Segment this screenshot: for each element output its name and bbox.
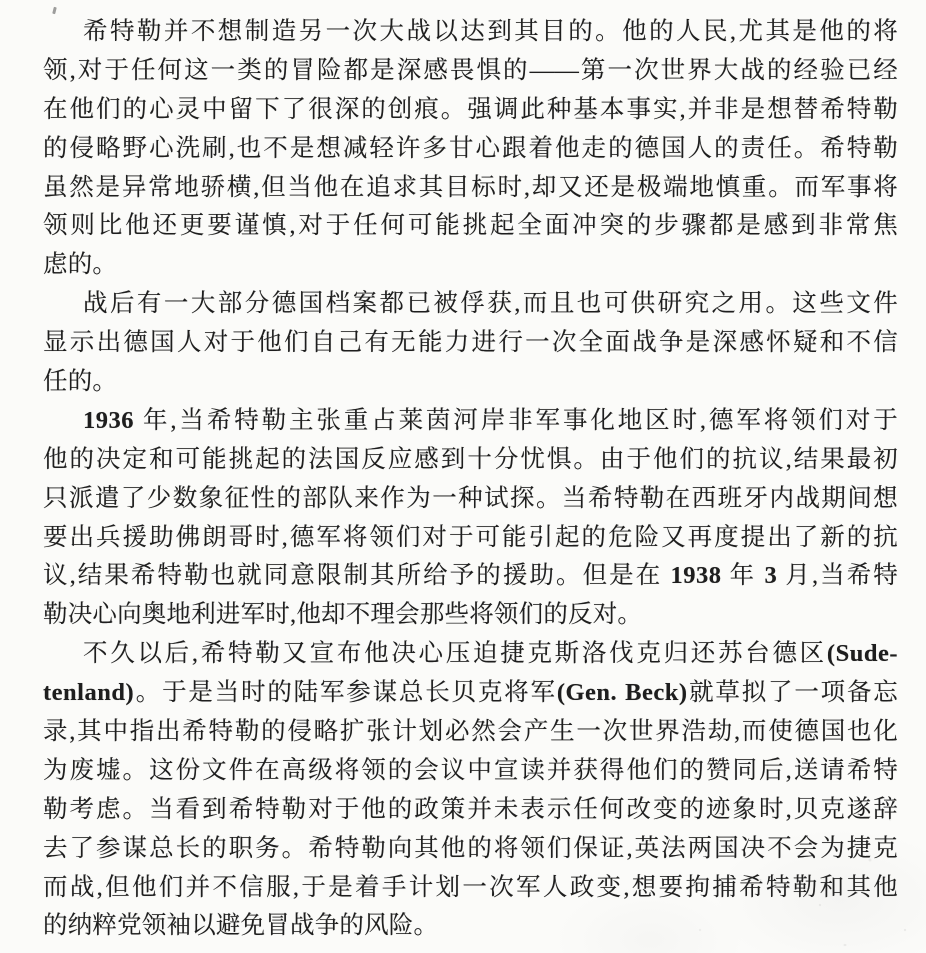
text-line: 领,对于任何这一类的冒险都是深感畏惧的——第一次世界大战的经验已经 [43,52,898,91]
text-line: 他的决定和可能挑起的法国反应感到十分忧惧。由于他们的抗议,结果最初 [43,441,898,480]
text-line: 要出兵援助佛朗哥时,德军将领们对于可能引起的危险又再度提出了新的抗 [43,519,898,558]
text-line: 勒考虑。当看到希特勒对于他的政策并未表示任何改变的迹象时,贝克遂辞 [43,791,898,830]
scanned-book-page: 希特勒并不想制造另一次大战以达到其目的。他的人民,尤其是他的将领,对于任何这一类… [0,0,926,953]
text-line: 任的。 [43,363,898,402]
text-line: 虽然是异常地骄横,但当他在追求其目标时,却又还是极端地慎重。而军事将 [43,169,898,208]
latin-text: 1938 [670,562,721,589]
text-line: 勒决心向奥地利进军时,他却不理会那些将领们的反对。 [43,596,898,635]
text-line: 显示出德国人对于他们自己有无能力进行一次全面战争是深感怀疑和不信 [43,324,898,363]
text-line: 战后有一大部分德国档案都已被俘获,而且也可供研究之用。这些文件 [43,285,898,324]
text-line: 只派遣了少数象征性的部队来作为一种试探。当希特勒在西班牙内战期间想 [43,480,898,519]
latin-text: (Sude- [827,640,898,667]
text-line: 而战,但他们并不信服,于是着手计划一次军人政变,想要拘捕希特勒和其他 [43,869,898,908]
text-line: 虑的。 [43,246,898,285]
text-line: tenland)。于是当时的陆军参谋总长贝克将军(Gen. Beck)就草拟了一… [43,674,898,713]
text-line: 的纳粹党领袖以避免冒战争的风险。 [43,907,898,946]
text-line: 希特勒并不想制造另一次大战以达到其目的。他的人民,尤其是他的将 [43,13,898,52]
text-line: 领则比他还更要谨慎,对于任何可能挑起全面冲突的步骤都是感到非常焦 [43,207,898,246]
text-line: 去了参谋总长的职务。希特勒向其他的将领们保证,英法两国决不会为捷克 [43,830,898,869]
latin-text: Beck) [625,679,687,706]
text-line: 的侵略野心洗刷,也不是想减轻许多甘心跟着他走的德国人的责任。希特勒 [43,130,898,169]
latin-text: 1936 [83,407,134,434]
latin-text: 3 [764,562,777,589]
text-line: 为废墟。这份文件在高级将领的会议中宣读并获得他们的赞同后,送请希特 [43,752,898,791]
text-line: 1936 年,当希特勒主张重占莱茵河岸非军事化地区时,德军将领们对于 [43,402,898,441]
text-line: 议,结果希特勒也就同意限制其所给予的援助。但是在 1938 年 3 月,当希特 [43,557,898,596]
page-text: 希特勒并不想制造另一次大战以达到其目的。他的人民,尤其是他的将领,对于任何这一类… [43,13,898,946]
text-line: 在他们的心灵中留下了很深的创痕。强调此种基本事实,并非是想替希特勒 [43,91,898,130]
latin-text: (Gen. [557,679,617,706]
latin-text: tenland) [43,679,134,706]
text-line: 不久以后,希特勒又宣布他决心压迫捷克斯洛伐克归还苏台德区(Sude- [43,635,898,674]
text-line: 录,其中指出希特勒的侵略扩张计划必然会产生一次世界浩劫,而使德国也化 [43,713,898,752]
